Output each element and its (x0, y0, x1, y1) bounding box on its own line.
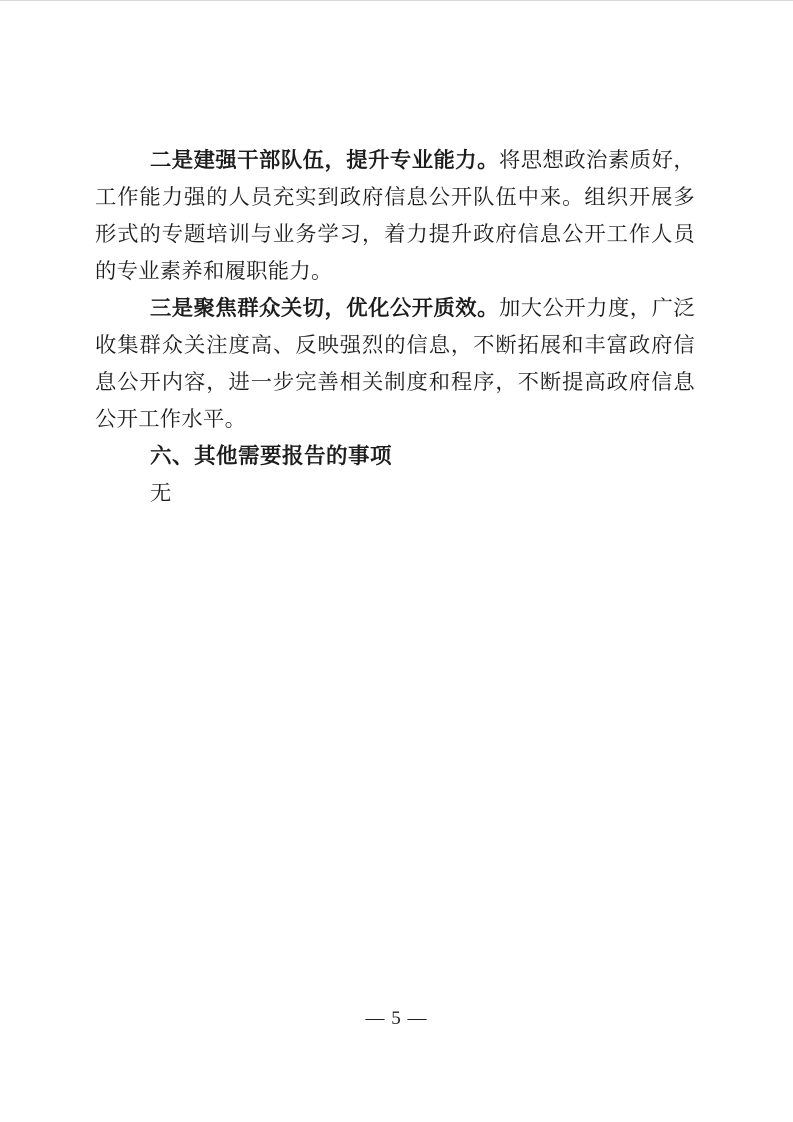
section-note: 无 (95, 475, 695, 512)
paragraph-lead: 三是聚焦群众关切，优化公开质效。 (150, 296, 499, 320)
paragraph-lead: 二是建强干部队伍，提升专业能力。 (150, 148, 499, 172)
document-page: 二是建强干部队伍，提升专业能力。将思想政治素质好，工作能力强的人员充实到政府信息… (0, 0, 793, 1122)
document-body: 二是建强干部队伍，提升专业能力。将思想政治素质好，工作能力强的人员充实到政府信息… (95, 142, 695, 512)
section-heading: 六、其他需要报告的事项 (95, 438, 695, 475)
page-number: — 5 — (0, 1007, 793, 1031)
paragraph: 二是建强干部队伍，提升专业能力。将思想政治素质好，工作能力强的人员充实到政府信息… (95, 142, 695, 290)
paragraph: 三是聚焦群众关切，优化公开质效。加大公开力度，广泛收集群众关注度高、反映强烈的信… (95, 290, 695, 438)
